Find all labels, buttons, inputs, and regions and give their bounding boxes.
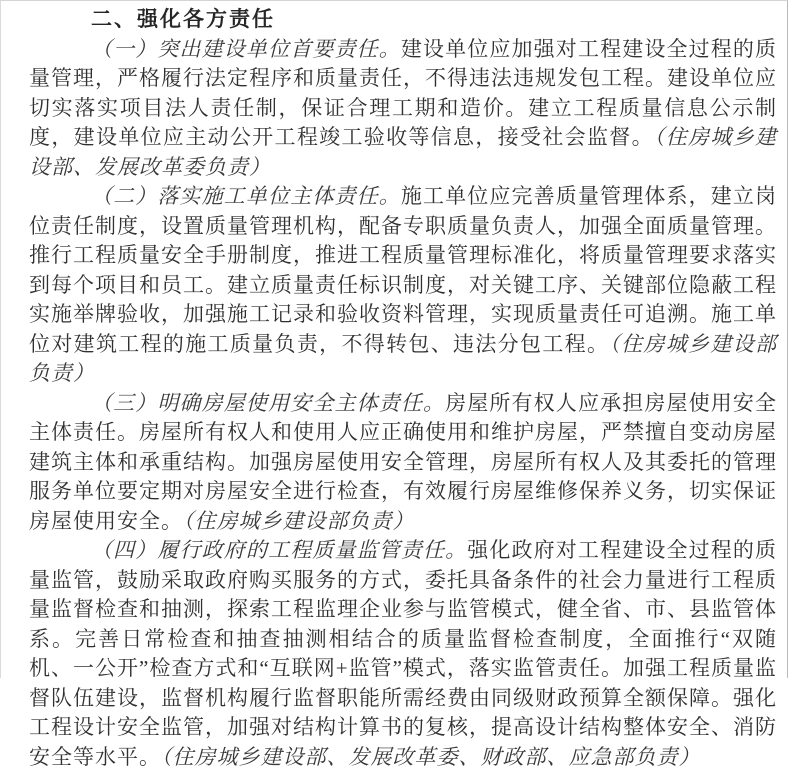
paragraph-3-attribution: （住房城乡建设部负责） (183, 509, 415, 533)
document-page: 二、强化各方责任 （一）突出建设单位首要责任。建设单位应加强对工程建设全过程的质… (0, 0, 788, 678)
section-heading: 二、强化各方责任 (91, 5, 777, 35)
paragraph-4: （四）履行政府的工程质量监管责任。强化政府对工程建设全过程的质量监管，鼓励采取政… (29, 536, 777, 678)
paragraph-3-lead: （三）明确房屋使用安全主体责任。 (91, 391, 445, 415)
paragraph-1-lead: （一）突出建设单位首要责任。 (91, 37, 401, 61)
paragraph-2: （二）落实施工单位主体责任。施工单位应完善质量管理体系，建立岗位责任制度，设置质… (29, 182, 777, 389)
paragraph-1: （一）突出建设单位首要责任。建设单位应加强对工程建设全过程的质量管理，严格履行法… (29, 35, 777, 183)
paragraph-3: （三）明确房屋使用安全主体责任。房屋所有权人应承担房屋使用安全主体责任。房屋所有… (29, 389, 777, 537)
paragraph-4-lead: （四）履行政府的工程质量监管责任。 (91, 538, 467, 562)
paragraph-2-lead: （二）落实施工单位主体责任。 (91, 184, 401, 208)
paragraph-2-body: 施工单位应完善质量管理体系，建立岗位责任制度，设置质量管理机构，配备专职质量负责… (29, 184, 777, 356)
